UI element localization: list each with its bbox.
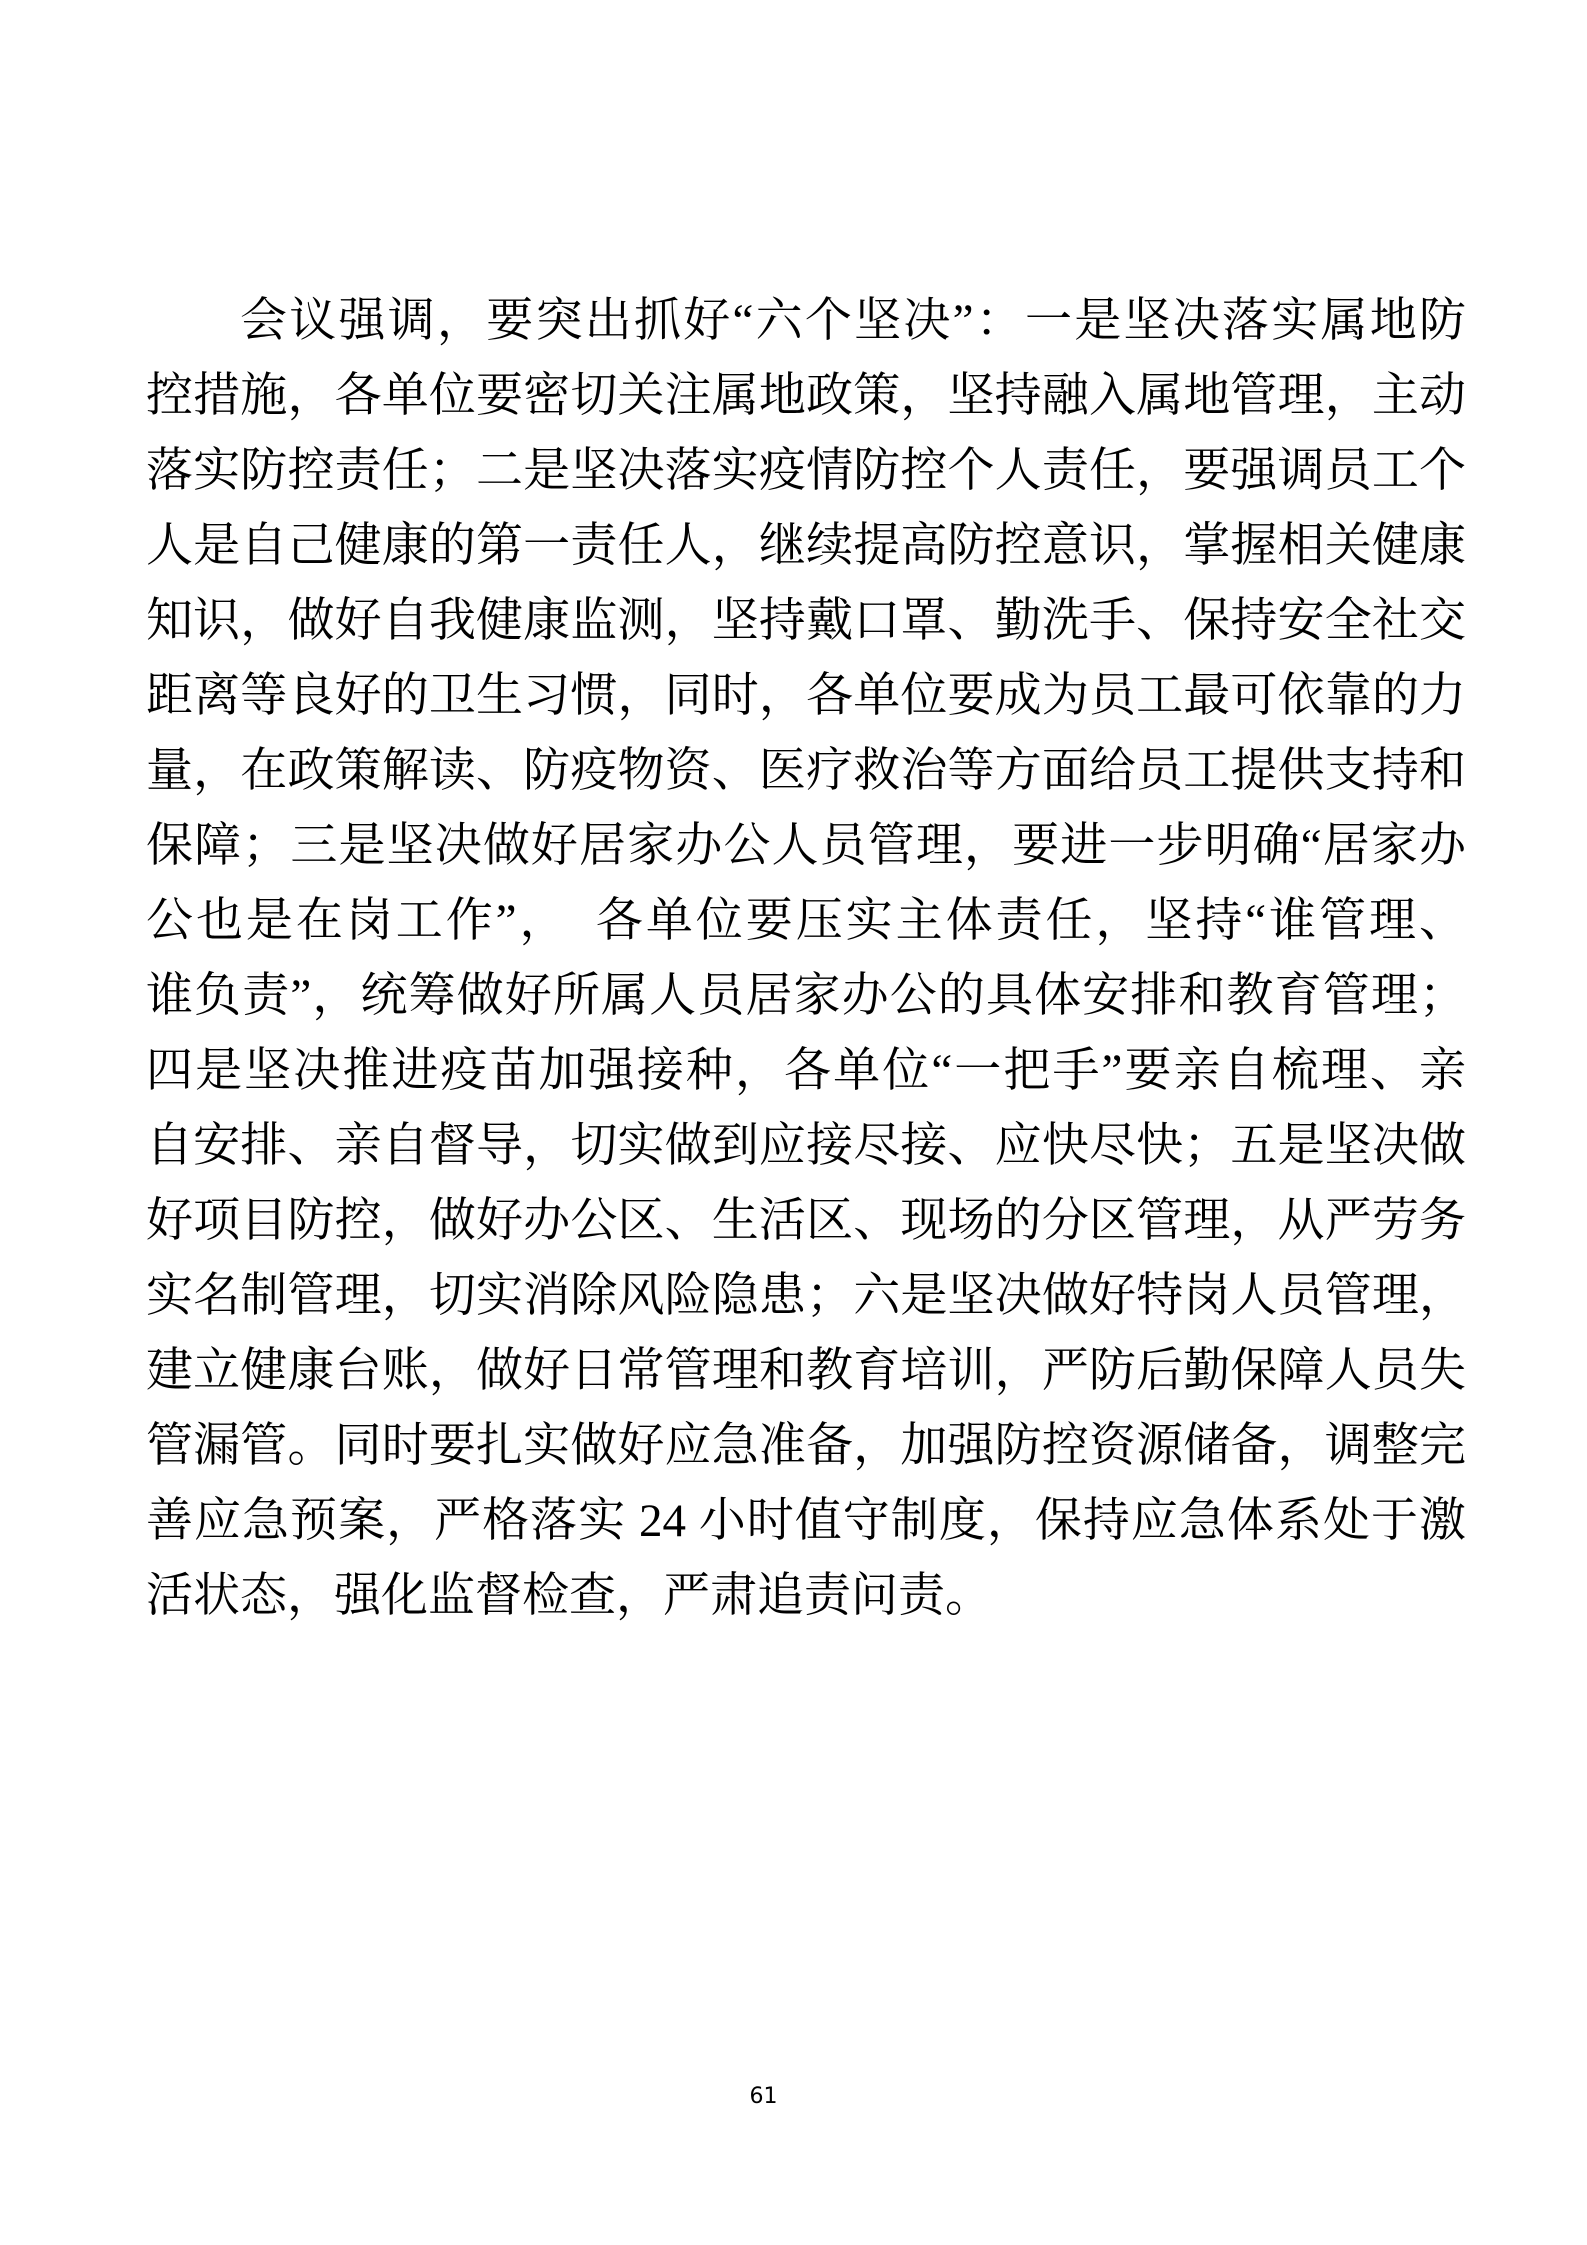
text-line: 四是坚决推进疫苗加强接种，各单位“一把手”要亲自梳理、亲 [146, 1034, 1466, 1109]
document-page: 会议强调，要突出抓好“六个坚决”：一是坚决落实属地防 控措施，各单位要密切关注属… [0, 0, 1587, 2245]
text-line: 自安排、亲自督导，切实做到应接尽接、应快尽快；五是坚决做 [146, 1109, 1466, 1184]
text-line: 好项目防控，做好办公区、生活区、现场的分区管理，从严劳务 [146, 1184, 1466, 1259]
text-line: 管漏管。同时要扎实做好应急准备，加强防控资源储备，调整完 [146, 1409, 1466, 1484]
text-line: 知识，做好自我健康监测，坚持戴口罩、勤洗手、保持安全社交 [146, 584, 1466, 659]
text-line: 公也是在岗工作”， 各单位要压实主体责任，坚持“谁管理、 [146, 884, 1466, 959]
text-line: 实名制管理，切实消除风险隐患；六是坚决做好特岗人员管理， [146, 1259, 1466, 1334]
text-line: 谁负责”，统筹做好所属人员居家办公的具体安排和教育管理； [146, 959, 1466, 1034]
text-line: 保障；三是坚决做好居家办公人员管理，要进一步明确“居家办 [146, 809, 1466, 884]
text-line: 距离等良好的卫生习惯，同时，各单位要成为员工最可依靠的力 [146, 659, 1466, 734]
text-line: 建立健康台账，做好日常管理和教育培训，严防后勤保障人员失 [146, 1334, 1466, 1409]
text-line: 会议强调，要突出抓好“六个坚决”：一是坚决落实属地防 [146, 284, 1466, 359]
text-line: 人是自己健康的第一责任人，继续提高防控意识，掌握相关健康 [146, 509, 1466, 584]
text-line: 善应急预案，严格落实 24 小时值守制度，保持应急体系处于激 [146, 1484, 1466, 1559]
text-line: 量，在政策解读、防疫物资、医疗救治等方面给员工提供支持和 [146, 734, 1466, 809]
page-number: 61 [0, 2084, 1527, 2110]
text-line: 控措施，各单位要密切关注属地政策，坚持融入属地管理，主动 [146, 359, 1466, 434]
text-line: 活状态，强化监督检查，严肃追责问责。 [146, 1559, 1466, 1634]
body-paragraph: 会议强调，要突出抓好“六个坚决”：一是坚决落实属地防 控措施，各单位要密切关注属… [146, 284, 1466, 1634]
text-line: 落实防控责任；二是坚决落实疫情防控个人责任，要强调员工个 [146, 434, 1466, 509]
